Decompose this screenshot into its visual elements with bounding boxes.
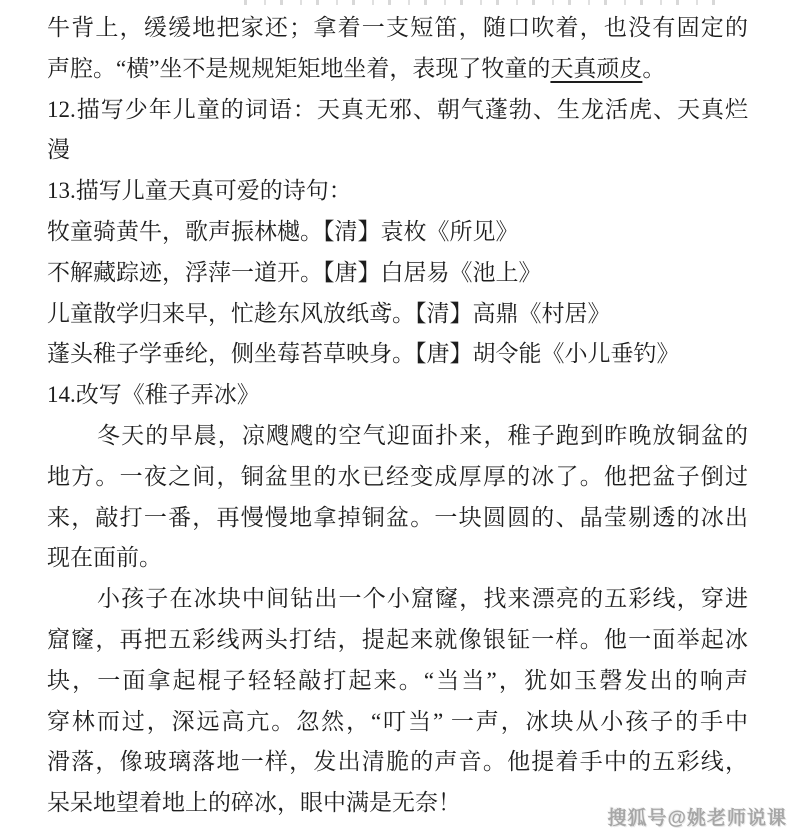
clipped-previous-line-remnant (230, 0, 730, 5)
text-segment: 漫 (47, 137, 70, 162)
text-line: 窟窿，再把五彩线两头打结，提起来就像银钲一样。他一面举起冰 (47, 620, 748, 661)
text-segment: 不解藏踪迹，浮萍一道开。【唐】白居易《池上》 (47, 260, 542, 285)
text-line: 来，敲打一番，再慢慢地拿掉铜盆。一块圆圆的、晶莹剔透的冰出 (47, 498, 748, 539)
text-segment: 滑落，像玻璃落地一样，发出清脆的声音。他提着手中的五彩线， (47, 749, 748, 774)
text-segment: 现在面前。 (47, 545, 162, 570)
text-segment: 小孩子在冰块中间钻出一个小窟窿，找来漂亮的五彩线，穿进 (97, 586, 748, 611)
text-line: 现在面前。 (47, 538, 748, 579)
document-body: 牛背上，缓缓地把家还；拿着一支短笛，随口吹着，也没有固定的声腔。“横”坐不是规规… (47, 8, 748, 824)
text-line: 13.描写儿童天真可爱的诗句： (47, 171, 748, 212)
text-segment: 13.描写儿童天真可爱的诗句： (47, 178, 352, 203)
text-segment: 冬天的早晨，凉飕飕的空气迎面扑来，稚子跑到昨晚放铜盆的 (97, 423, 748, 448)
text-line: 蓬头稚子学垂纶，侧坐莓苔草映身。【唐】胡令能《小儿垂钓》 (47, 334, 748, 375)
text-line: 小孩子在冰块中间钻出一个小窟窿，找来漂亮的五彩线，穿进 (47, 579, 748, 620)
text-segment: 呆呆地望着地上的碎冰，眼中满是无奈！ (47, 790, 461, 815)
underlined-phrase: 天真顽皮 (550, 56, 642, 81)
text-segment: 牛背上，缓缓地把家还；拿着一支短笛，随口吹着，也没有固定的 (47, 15, 748, 40)
text-segment: 蓬头稚子学垂纶，侧坐莓苔草映身。【唐】胡令能《小儿垂钓》 (47, 341, 680, 366)
text-segment: 穿林而过，深远高亢。忽然，“叮当” 一声，冰块从小孩子的手中 (47, 709, 748, 734)
text-segment: 声腔。“横”坐不是规规矩矩地坐着，表现了牧童的 (47, 56, 550, 81)
text-line: 14.改写《稚子弄冰》 (47, 375, 748, 416)
text-segment: 14.改写《稚子弄冰》 (47, 382, 260, 407)
text-line: 牛背上，缓缓地把家还；拿着一支短笛，随口吹着，也没有固定的 (47, 8, 748, 49)
text-line: 不解藏踪迹，浮萍一道开。【唐】白居易《池上》 (47, 253, 748, 294)
text-line: 12.描写少年儿童的词语：天真无邪、朝气蓬勃、生龙活虎、天真烂 (47, 90, 748, 131)
text-segment: 来，敲打一番，再慢慢地拿掉铜盆。一块圆圆的、晶莹剔透的冰出 (47, 505, 748, 530)
text-segment: 窟窿，再把五彩线两头打结，提起来就像银钲一样。他一面举起冰 (47, 627, 748, 652)
text-line: 地方。一夜之间，铜盆里的水已经变成厚厚的冰了。他把盆子倒过 (47, 457, 748, 498)
text-segment: 牧童骑黄牛，歌声振林樾。【清】袁枚《所见》 (47, 219, 519, 244)
text-segment: 块，一面拿起棍子轻轻敲打起来。“当当”，犹如玉磬发出的响声 (47, 668, 748, 693)
watermark-sohu: 搜狐号@姚老师说课 (607, 803, 787, 830)
text-segment: 地方。一夜之间，铜盆里的水已经变成厚厚的冰了。他把盆子倒过 (47, 464, 748, 489)
text-line: 漫 (47, 130, 748, 171)
text-line: 牧童骑黄牛，歌声振林樾。【清】袁枚《所见》 (47, 212, 748, 253)
text-line: 声腔。“横”坐不是规规矩矩地坐着，表现了牧童的天真顽皮。 (47, 49, 748, 90)
text-segment: 12.描写少年儿童的词语：天真无邪、朝气蓬勃、生龙活虎、天真烂 (47, 97, 748, 122)
text-segment: 。 (642, 56, 665, 81)
text-line: 块，一面拿起棍子轻轻敲打起来。“当当”，犹如玉磬发出的响声 (47, 661, 748, 702)
text-line: 冬天的早晨，凉飕飕的空气迎面扑来，稚子跑到昨晚放铜盆的 (47, 416, 748, 457)
text-segment: 儿童散学归来早，忙趁东风放纸鸢。【清】高鼎《村居》 (47, 301, 611, 326)
text-line: 滑落，像玻璃落地一样，发出清脆的声音。他提着手中的五彩线， (47, 742, 748, 783)
text-line: 儿童散学归来早，忙趁东风放纸鸢。【清】高鼎《村居》 (47, 294, 748, 335)
text-line: 穿林而过，深远高亢。忽然，“叮当” 一声，冰块从小孩子的手中 (47, 702, 748, 743)
document-page: 牛背上，缓缓地把家还；拿着一支短笛，随口吹着，也没有固定的声腔。“横”坐不是规规… (0, 0, 793, 835)
